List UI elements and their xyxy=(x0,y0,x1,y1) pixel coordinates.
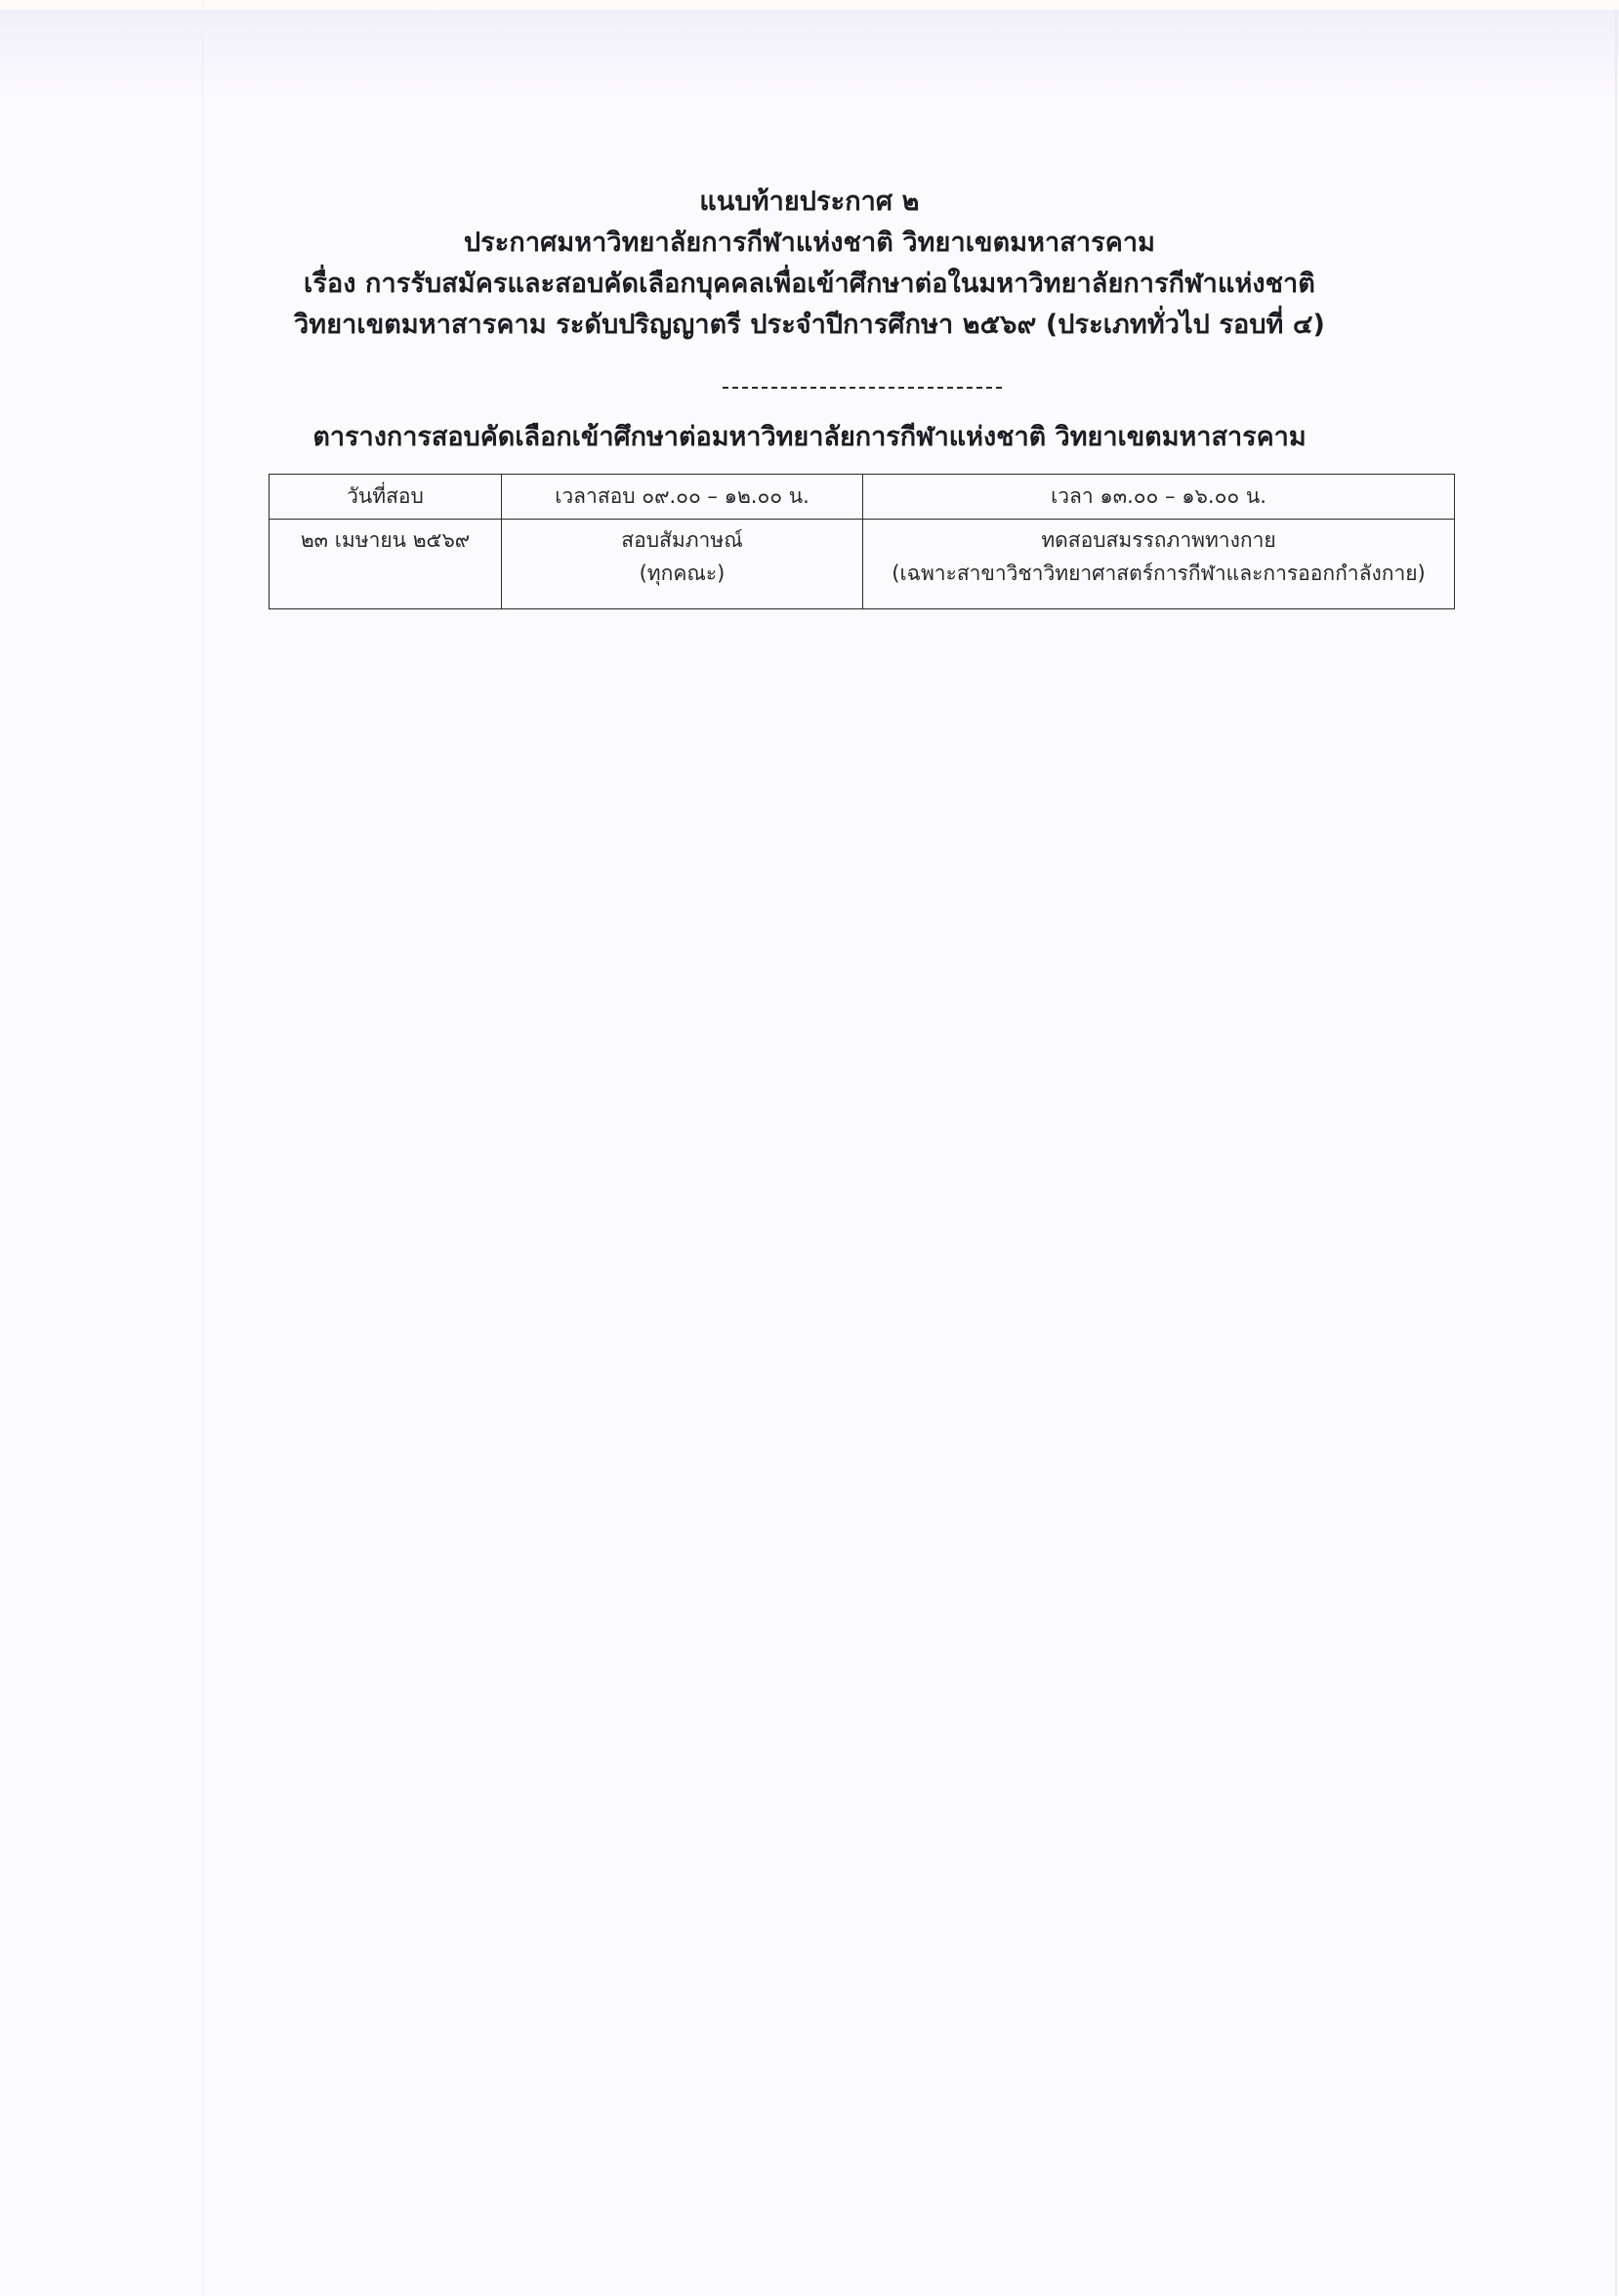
table-row: ๒๓ เมษายน ๒๕๖๙ สอบสัมภาษณ์ (ทุกคณะ) ทดสอ… xyxy=(270,520,1455,609)
scan-artifact-line xyxy=(1615,10,1617,2296)
column-header-afternoon: เวลา ๑๓.๐๐ – ๑๖.๐๐ น. xyxy=(863,475,1455,520)
dashed-separator xyxy=(723,387,1002,389)
morning-session-cell: สอบสัมภาษณ์ (ทุกคณะ) xyxy=(502,520,863,609)
exam-schedule-table: วันที่สอบ เวลาสอบ ๐๙.๐๐ – ๑๒.๐๐ น. เวลา … xyxy=(269,474,1455,609)
attachment-title: แนบท้ายประกาศ ๒ xyxy=(0,183,1619,222)
afternoon-activity-note: (เฉพาะสาขาวิชาวิทยาศาสตร์การกีฬาและการออ… xyxy=(863,557,1454,590)
exam-date: ๒๓ เมษายน ๒๕๖๙ xyxy=(270,523,501,557)
afternoon-session-cell: ทดสอบสมรรถภาพทางกาย (เฉพาะสาขาวิชาวิทยาศ… xyxy=(863,520,1455,609)
table-title: ตารางการสอบคัดเลือกเข้าศึกษาต่อมหาวิทยาล… xyxy=(0,418,1619,457)
scan-top-strip xyxy=(0,0,1619,10)
column-header-morning: เวลาสอบ ๐๙.๐๐ – ๑๒.๐๐ น. xyxy=(502,475,863,520)
scan-tint xyxy=(0,10,1619,98)
announcement-subject-cont: วิทยาเขตมหาสารคาม ระดับปริญญาตรี ประจำปี… xyxy=(0,306,1619,345)
morning-activity: สอบสัมภาษณ์ xyxy=(502,523,862,557)
announcement-subject: เรื่อง การรับสมัครและสอบคัดเลือกบุคคลเพื… xyxy=(0,265,1619,304)
morning-activity-note: (ทุกคณะ) xyxy=(502,557,862,590)
column-header-date: วันที่สอบ xyxy=(270,475,502,520)
exam-date-cell: ๒๓ เมษายน ๒๕๖๙ xyxy=(270,520,502,609)
table-header-row: วันที่สอบ เวลาสอบ ๐๙.๐๐ – ๑๒.๐๐ น. เวลา … xyxy=(270,475,1455,520)
afternoon-activity: ทดสอบสมรรถภาพทางกาย xyxy=(863,523,1454,557)
announcement-issuer: ประกาศมหาวิทยาลัยการกีฬาแห่งชาติ วิทยาเข… xyxy=(0,224,1619,263)
